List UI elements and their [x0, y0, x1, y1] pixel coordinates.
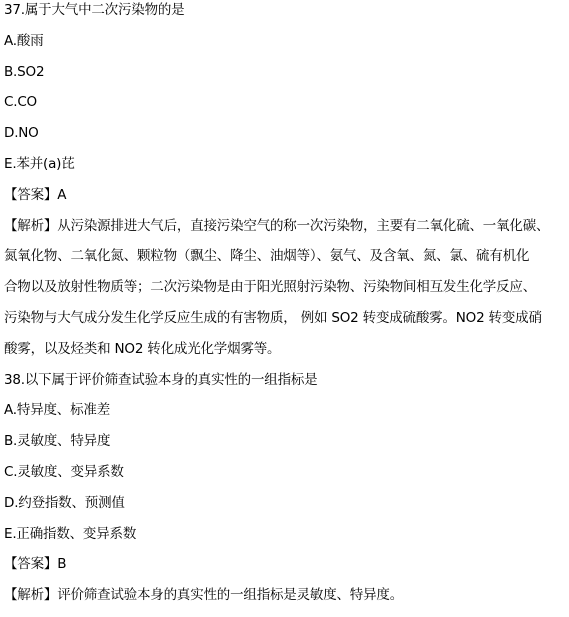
analysis-line: 氮氧化物、二氧化氮、颗粒物（飘尘、降尘、油烟等）、氨气、及含氧、氮、氯、硫有机化	[4, 246, 569, 277]
analysis-label: 【解析】	[4, 218, 57, 234]
option-d: D.约登指数、预测值	[4, 493, 569, 524]
option-e: E.正确指数、变异系数	[4, 524, 569, 555]
option-b: B.灵敏度、特异度	[4, 431, 569, 462]
analysis-text: 评价筛查试验本身的真实性的一组指标是灵敏度、特异度。	[57, 587, 403, 603]
question-37: 37.属于大气中二次污染物的是 A.酸雨 B.SO2 C.CO D.NO E.苯…	[4, 0, 569, 370]
analysis-label: 【解析】	[4, 587, 57, 603]
answer-value: B	[57, 556, 66, 572]
answer-value: A	[57, 187, 66, 203]
question-38: 38.以下属于评价筛查试验本身的真实性的一组指标是 A.特异度、标准差 B.灵敏…	[4, 370, 569, 616]
analysis-line: 【解析】从污染源排进大气后，直接污染空气的称一次污染物，主要有二氧化硫、一氧化碳…	[4, 216, 569, 247]
option-a: A.酸雨	[4, 31, 569, 62]
option-b: B.SO2	[4, 62, 569, 93]
option-c: C.灵敏度、变异系数	[4, 462, 569, 493]
analysis-line: 合物以及放射性物质等；二次污染物是由于阳光照射污染物、污染物间相互发生化学反应、	[4, 277, 569, 308]
option-d: D.NO	[4, 123, 569, 154]
analysis-line: 【解析】评价筛查试验本身的真实性的一组指标是灵敏度、特异度。	[4, 585, 569, 616]
answer-label: 【答案】	[4, 556, 57, 572]
document: 37.属于大气中二次污染物的是 A.酸雨 B.SO2 C.CO D.NO E.苯…	[0, 0, 569, 616]
analysis-line: 污染物与大气成分发生化学反应生成的有害物质， 例如 SO2 转变成硫酸雾。NO2…	[4, 308, 569, 339]
analysis-text: 从污染源排进大气后，直接污染空气的称一次污染物，主要有二氧化硫、一氧化碳、	[57, 218, 549, 234]
answer-line: 【答案】A	[4, 185, 569, 216]
question-stem: 37.属于大气中二次污染物的是	[4, 0, 569, 31]
option-a: A.特异度、标准差	[4, 400, 569, 431]
question-stem: 38.以下属于评价筛查试验本身的真实性的一组指标是	[4, 370, 569, 401]
answer-label: 【答案】	[4, 187, 57, 203]
analysis-line: 酸雾，以及烃类和 NO2 转化成光化学烟雾等。	[4, 339, 569, 370]
option-c: C.CO	[4, 92, 569, 123]
answer-line: 【答案】B	[4, 554, 569, 585]
option-e: E.苯并(a)芘	[4, 154, 569, 185]
